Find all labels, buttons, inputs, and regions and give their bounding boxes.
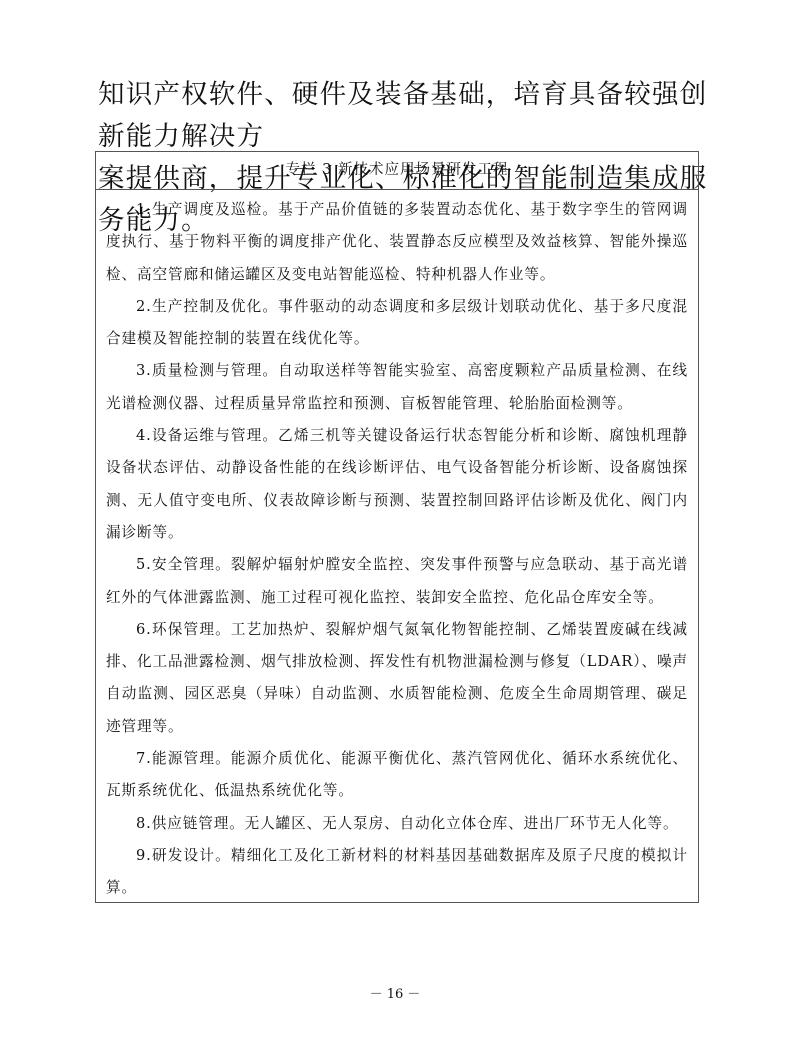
list-item: 1.生产调度及巡检。基于产品价值链的多装置动态优化、基于数字孪生的管网调度执行、… <box>106 194 688 291</box>
list-item: 6.环保管理。工艺加热炉、裂解炉烟气氮氧化物智能控制、乙烯装置废碱在线减排、化工… <box>106 614 688 743</box>
list-item: 7.能源管理。能源介质优化、能源平衡优化、蒸汽管网优化、循环水系统优化、瓦斯系统… <box>106 743 688 808</box>
intro-line: 知识产权软件、硬件及装备基础，培育具备较强创新能力解决方 <box>98 74 708 158</box>
list-item: 2.生产控制及优化。事件驱动的动态调度和多层级计划联动优化、基于多尺度混合建模及… <box>106 291 688 356</box>
list-item: 9.研发设计。精细化工及化工新材料的材料基因基础数据库及原子尺度的模拟计算。 <box>106 840 688 905</box>
list-item: 3.质量检测与管理。自动取送样等智能实验室、高密度颗粒产品质量检测、在线光谱检测… <box>106 355 688 420</box>
list-item: 8.供应链管理。无人罐区、无人泵房、自动化立体仓库、进出厂环节无人化等。 <box>106 808 688 840</box>
page-number: － 16 － <box>0 983 790 1002</box>
list-item: 4.设备运维与管理。乙烯三机等关键设备运行状态智能分析和诊断、腐蚀机理静设备状态… <box>106 420 688 549</box>
column-box: 专栏 3 新技术应用场景研发工程 1.生产调度及巡检。基于产品价值链的多装置动态… <box>95 151 699 903</box>
list-item: 5.安全管理。裂解炉辐射炉膛安全监控、突发事件预警与应急联动、基于高光谱红外的气… <box>106 549 688 614</box>
column-title: 专栏 3 新技术应用场景研发工程 <box>96 152 698 190</box>
column-body: 1.生产调度及巡检。基于产品价值链的多装置动态优化、基于数字孪生的管网调度执行、… <box>96 190 698 905</box>
